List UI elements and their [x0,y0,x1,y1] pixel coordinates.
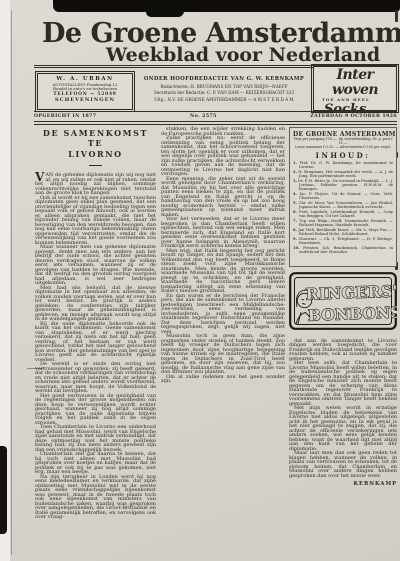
contents-item-text: Jac. P. Thijsse, Uit de Natuur. — Corn. … [299,192,393,200]
contents-item-text: Frits Lapidoth, Letterkundige Kroniek. —… [299,210,393,218]
contents-box: DE GROENE AMSTERDAMMER Prijs per jaargan… [289,127,397,267]
lead-text: AN de geheime diplomatie zijn wij nog ni… [35,172,156,196]
body-paragraph: De wereld is er sinds den oorlog niet ve… [35,362,156,394]
contents-item-text: Charivari. — Ch. 3, Telephonist. — H. P.… [298,237,393,245]
issue-number: No. 2575 [190,114,217,119]
dateline-row: OPGERICHT IN 1877 No. 2575 ZATERDAG 9 OC… [34,111,397,121]
column-3-paragraphs: dat aan de samenkomst te Livorno dingen … [289,339,397,479]
paper-subtitle: Weekblad voor Nederland [94,47,392,64]
article-column-3: DE GROENE AMSTERDAMMER Prijs per jaargan… [289,127,397,487]
founded-label: OPGERICHT IN 1877 [34,114,97,119]
body-paragraph: Om al zulke redenen zou het geen wonder … [161,375,285,384]
body-paragraph: Bij die oude diplomatie behoorde ook de … [35,322,156,363]
body-paragraph: Toen Chamberlain te Livorno een onderhou… [35,425,156,452]
bonbons-wordmark: BONBONS [308,303,397,324]
paper-title: De Groene Amsterdammer [42,20,392,47]
ad-city: SCHEVENINGEN [38,97,132,103]
body-paragraph: En dan waren er de berichten der Fransch… [161,294,285,335]
contents-item: 9. Charivari. — Ch. 3, Telephonist. — H.… [293,238,393,246]
contents-item-text: Prenten: Joh. Braakensiek, Chamberlain i… [299,246,393,254]
contents-item-number: 2. [293,170,297,174]
body-paragraph: Voor het vermoeden, dat er te Livorno me… [161,217,285,249]
body-paragraph: Men wist, dat Italië begeerig het oog ge… [161,249,285,294]
contents-item-text: H. Brugmans, Het vraagstuk der week. — A… [298,170,393,178]
contents-item-number: 5. [293,201,297,205]
chief-editor-line: ONDER HOOFDREDACTIE VAN G. W. KERNKAMP [139,76,309,84]
body-paragraph: Na zijn terugkeer in Londen werd hij nog… [35,475,156,520]
body-paragraph: Maar laat men dan ook geen reden tot kla… [289,451,397,478]
contents-item-text: Top van Rhijn—Naeff, Dramatische Kroniek… [299,219,393,227]
ringers-bonbons-advertisement: RINGERS' BONBONS [289,272,397,330]
contents-item: 2. H. Brugmans, Het vraagstuk der week. … [293,171,393,179]
body-paragraph: Het heet zelfs, dat Chamberlain te Livor… [289,361,397,406]
masthead: De Groene Amsterdammer Weekblad voor Ned… [42,20,392,64]
contents-item-number: 3. [293,179,297,183]
scan-artifact-top-blob [146,0,184,17]
issue-date: ZATERDAG 9 OCTOBER 1926 [310,114,397,119]
secretary-line: Secretaris der Redactie: C. P. VAN DAM —… [139,90,309,97]
body-paragraph: Chamberlain zelf gaf daarna te kennen, d… [35,452,156,475]
body-paragraph: Mussolini toch is geen man, die zijne oo… [161,334,285,375]
contents-item: 3. Dr. P. H. Ritter Jr., De toestand in … [293,180,393,192]
contents-item-text: Prof. Dr. G. W. Kernkamp, De samenkomst … [299,161,393,169]
subscription-line: Losse nummers f 0.25. — Advertentiën f 0… [293,146,393,150]
contents-item-number: 8. [293,228,297,232]
editors-line: Redacteuren: H. BRUGMANS EN TOP VAN RHIJ… [139,84,309,91]
contents-item-number: 9. [293,237,297,241]
body-paragraph: Maar wanneer men van geheime diplomatie … [35,245,156,286]
page-left-border [11,10,12,555]
contents-item-number: 1. [293,161,297,165]
publisher-line: Uitg.: N.V. DE GROENE AMSTERDAMMER — A M… [139,97,309,104]
article-title-line2: LIVORNO [35,149,156,159]
body-paragraph: Met mijn weten wordt in ernstige Engelsc… [289,406,397,451]
body-paragraph: dat aan de samenkomst te Livorno dingen … [289,339,397,362]
column-1-paragraphs: Ook al wordt er bij een samenkomst tussc… [35,196,156,520]
contents-list: 1. Prof. Dr. G. W. Kernkamp, De samenkom… [293,162,393,255]
contents-item-number: 7. [293,219,297,223]
urban-advertisement: W. A. URBAN AUTOSTALLING Frankenslag 12 … [37,73,133,110]
contents-item: 8. Jan Veth, Beeldende Kunst. — Mr. L. M… [293,229,393,237]
contents-item-number: 4. [293,192,297,196]
scan-artifact-bottom [0,446,7,534]
ad-brand: Inter woven [314,68,396,98]
interwoven-advertisement: Inter woven TOE AND HEEL Socks [313,66,397,111]
contents-item: 6. Frits Lapidoth, Letterkundige Kroniek… [293,211,393,219]
body-paragraph: Ook al wordt er bij een samenkomst tussc… [35,196,156,246]
editorial-colophon: ONDER HOOFDREDACTIE VAN G. W. KERNKAMP R… [139,76,309,104]
contents-title: INHOUD: [293,152,393,160]
contents-item: 5. Chr. de Moor, Van Vrouwenleven. — Jan… [293,202,393,210]
article-title-line1: DE SAMENKOMST TE [35,128,156,148]
dateline-rule [34,121,397,125]
contents-item-number: 6. [293,210,297,214]
contents-item: 7. Top van Rhijn—Naeff, Dramatische Kron… [293,220,393,228]
article-column-2: stukken, die een wijder strekking hadden… [161,127,285,384]
contents-item: 10. Prenten: Joh. Braakensiek, Chamberla… [293,247,393,255]
newspaper-front-page: De Groene Amsterdammer Weekblad voor Ned… [0,0,400,561]
contents-item: 1. Prof. Dr. G. W. Kernkamp, De samenkom… [293,162,393,170]
title-divider [89,165,102,166]
contents-item-text: Dr. P. H. Ritter Jr., De toestand in Fra… [298,179,393,191]
body-paragraph: Zulke practijken nu: eerst de officieuse… [161,136,285,177]
article-column-1: DE SAMENKOMST TE LIVORNO VAN de geheime … [35,127,156,520]
contents-item-text: Chr. de Moor, Van Vrouwenleven. — Jan Wr… [299,201,393,209]
column-2-paragraphs: stukken, die een wijder strekking hadden… [161,127,285,384]
author-signature: KERNKAMP [289,482,397,487]
ringers-wordmark: RINGERS' [305,281,397,303]
contents-item-text: Jan Veth, Beeldende Kunst. — Mr. L. Meys… [298,228,393,236]
scan-artifact-top [53,0,400,12]
body-paragraph: Het goed vertrouwen in de gezindheid van… [35,394,156,426]
lead-paragraph: VAN de geheime diplomatie zijn wij nog n… [35,173,156,196]
body-paragraph: Men had ons beloofd, dat de nieuwe diplo… [35,286,156,322]
body-paragraph: Eene meening, die zeker niet uit de were… [161,177,285,218]
contents-item: 4. Jac. P. Thijsse, Uit de Natuur. — Cor… [293,193,393,201]
